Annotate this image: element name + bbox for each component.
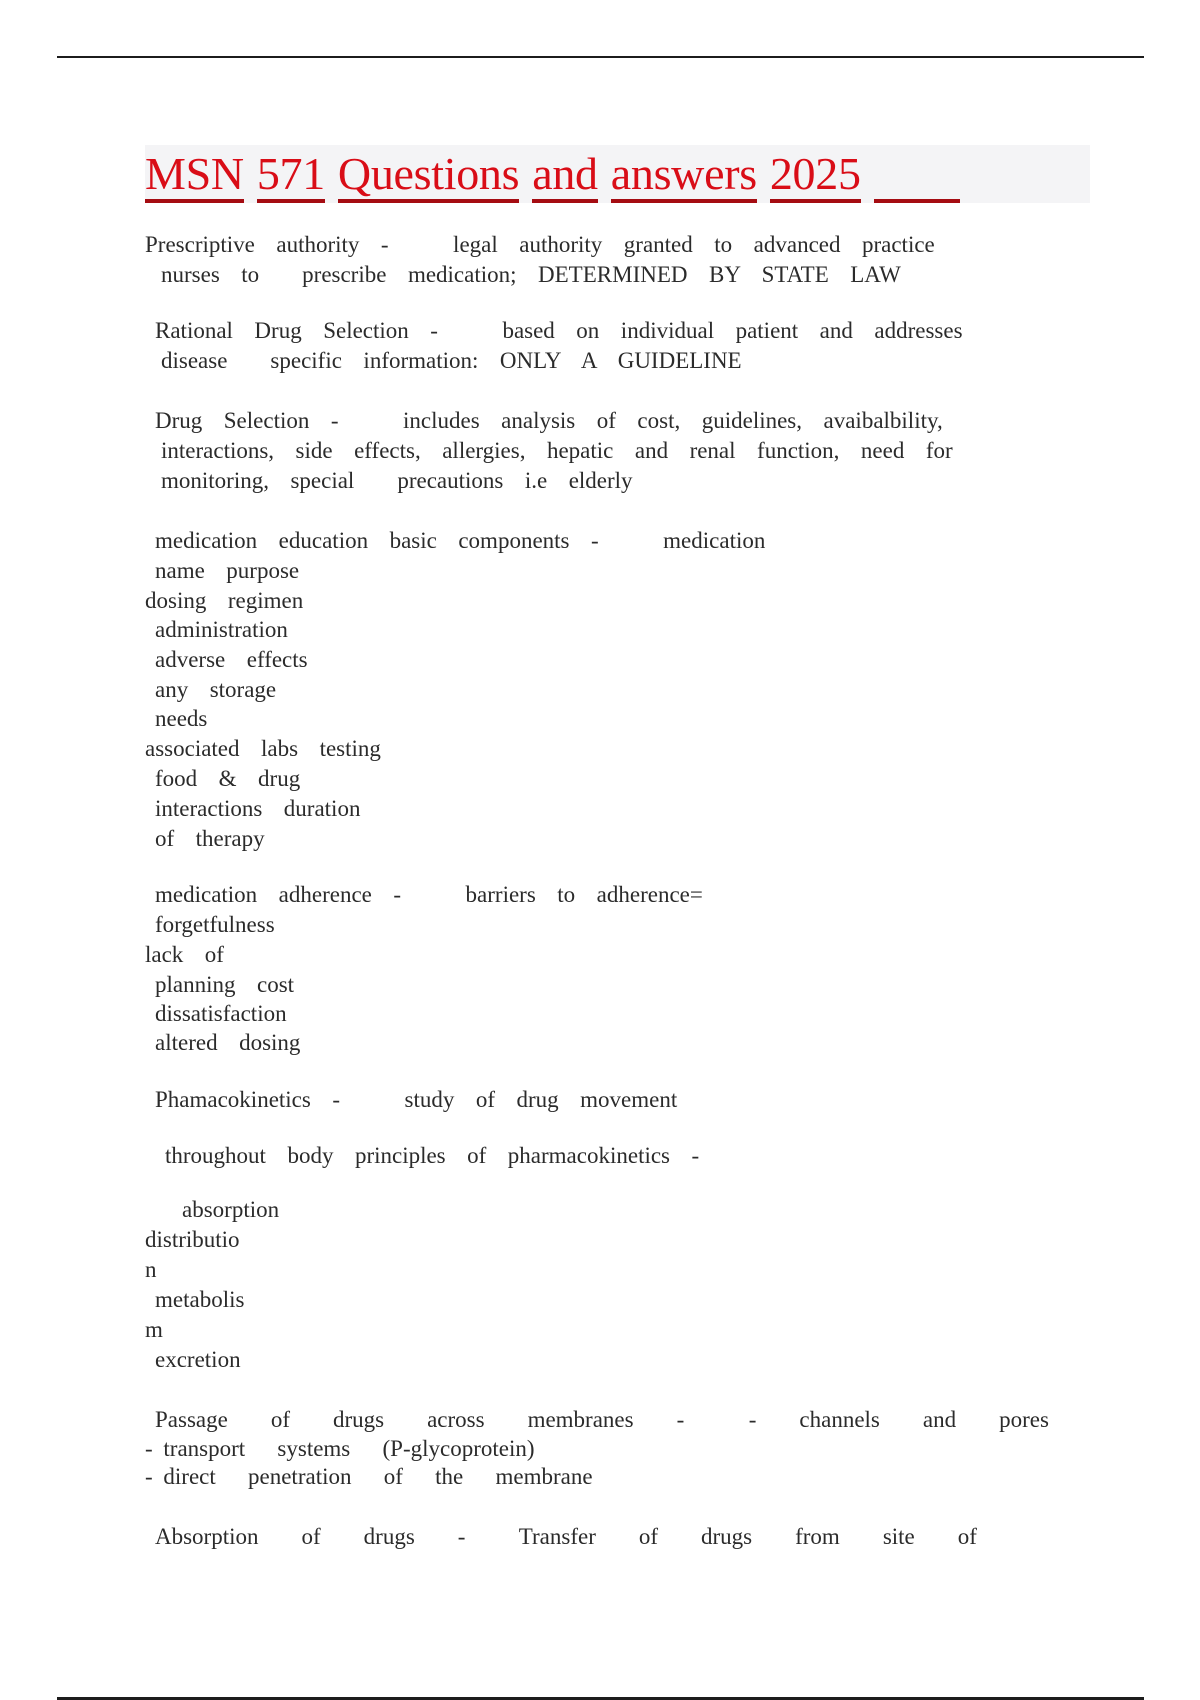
text-line: any storage bbox=[155, 675, 276, 705]
text-line: absorption bbox=[182, 1195, 279, 1225]
text-line: n bbox=[145, 1255, 157, 1285]
title-word: Questions bbox=[338, 149, 519, 203]
text-line: m bbox=[145, 1315, 163, 1345]
text-line: of therapy bbox=[155, 824, 265, 854]
text-line: Absorption of drugs - Transfer of drugs … bbox=[155, 1522, 977, 1552]
title-word: answers bbox=[611, 149, 757, 203]
text-line: needs bbox=[155, 704, 207, 734]
text-line: medication adherence - barriers to adher… bbox=[155, 880, 703, 910]
title-blank-underline bbox=[874, 149, 960, 203]
text-line: - transport systems (P-glycoprotein) bbox=[145, 1434, 535, 1464]
text-line: dissatisfaction bbox=[155, 999, 287, 1029]
text-line: dosing regimen bbox=[145, 586, 303, 616]
text-line: Drug Selection - includes analysis of co… bbox=[155, 406, 943, 436]
title-word: and bbox=[532, 149, 598, 203]
text-line: excretion bbox=[155, 1345, 241, 1375]
text-line: associated labs testing bbox=[145, 734, 381, 764]
document-title: MSN571Questionsandanswers2025 bbox=[145, 146, 960, 203]
title-word: MSN bbox=[145, 149, 244, 203]
header-rule bbox=[57, 56, 1144, 58]
text-line: food & drug bbox=[155, 764, 300, 794]
text-line: medication education basic components - … bbox=[155, 526, 765, 556]
text-line: Phamacokinetics - study of drug movement bbox=[155, 1085, 677, 1115]
text-line: adverse effects bbox=[155, 645, 308, 675]
text-line: distributio bbox=[145, 1225, 240, 1255]
text-line: monitoring, special precautions i.e elde… bbox=[161, 466, 633, 496]
text-line: Rational Drug Selection - based on indiv… bbox=[155, 316, 963, 346]
text-line: planning cost bbox=[155, 970, 294, 1000]
text-line: name purpose bbox=[155, 556, 299, 586]
text-line: throughout body principles of pharmacoki… bbox=[165, 1141, 699, 1171]
text-line: lack of bbox=[145, 940, 224, 970]
title-word: 571 bbox=[257, 149, 325, 203]
text-line: altered dosing bbox=[155, 1028, 300, 1058]
text-line: Prescriptive authority - legal authority… bbox=[145, 230, 935, 260]
text-line: interactions duration bbox=[155, 794, 360, 824]
text-line: disease specific information: ONLY A GUI… bbox=[161, 346, 742, 376]
text-line: - direct penetration of the membrane bbox=[145, 1462, 593, 1492]
text-line: administration bbox=[155, 615, 288, 645]
text-line: metabolis bbox=[155, 1285, 244, 1315]
text-line: nurses to prescribe medication; DETERMIN… bbox=[161, 260, 901, 290]
title-word: 2025 bbox=[770, 149, 861, 203]
text-line: Passage of drugs across membranes - - ch… bbox=[155, 1405, 1049, 1435]
text-line: forgetfulness bbox=[155, 910, 275, 940]
text-line: interactions, side effects, allergies, h… bbox=[161, 436, 953, 466]
